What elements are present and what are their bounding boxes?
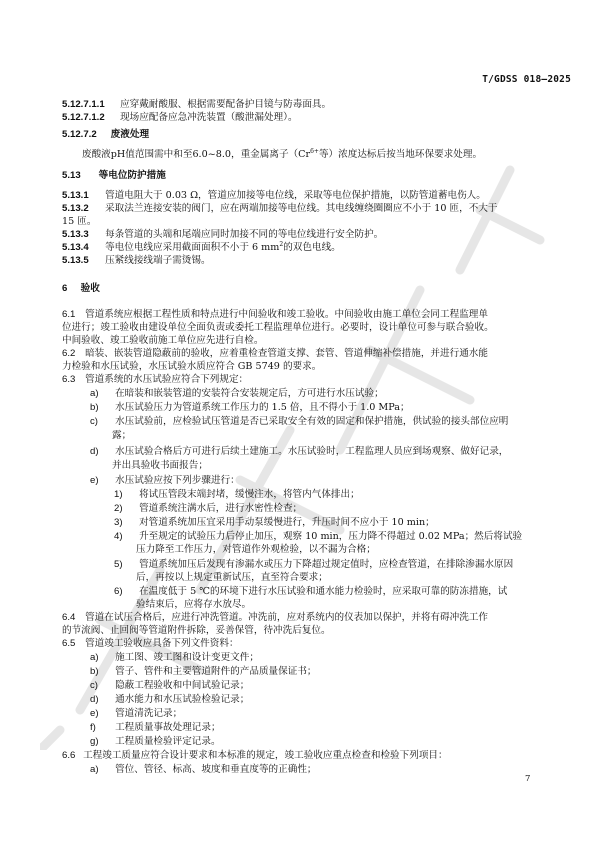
clause-text: 的双色电线。 <box>283 242 341 253</box>
clause-text: 每条管道的头端和尾端应同时加接不同的等电位线进行安全防护。 <box>105 229 383 240</box>
clause-text: 暗装、嵌装管道隐蔽前的验收，应着重检查管道支撑、套管、管道伸缩补偿措施，并进行通… <box>85 348 488 359</box>
list-item-6-5-e: e) 管道清洗记录； <box>90 708 182 720</box>
list-label: e) <box>90 475 112 487</box>
clause-5-13-5: 5.13.5 压紧线接线端子需烫锡。 <box>62 255 211 267</box>
clause-5-12-7-1-1: 5.12.7.1.1 应穿戴耐酸服、根据需要配备护目镜与防毒面具。 <box>62 99 331 111</box>
step-text: 管道系统注满水后，进行水密性检查； <box>139 503 302 514</box>
clause-number: 5.13.4 <box>62 242 102 254</box>
clause-number: 6.5 <box>62 638 82 650</box>
clause-text: 管道系统的水压试验应符合下列规定： <box>85 374 248 385</box>
clause-text: 工程竣工质量应符合设计要求和本标准的规定，竣工验收应重点检查和检验下列项目： <box>83 750 448 761</box>
clause-5-12-7-1-2: 5.12.7.1.2 现场应配备应急冲洗装置（酸泄漏处理）。 <box>62 112 298 124</box>
clause-6-2: 6.2 暗装、嵌装管道隐蔽前的验收，应着重检查管道支撑、套管、管道伸缩补偿措施，… <box>62 348 488 360</box>
clause-text: 管道系统应根据工程性质和特点进行中间验收和竣工验收。中间验收由施工单位会同工程监… <box>85 309 488 320</box>
step-label: 3) <box>114 517 136 529</box>
list-label: d) <box>90 446 112 458</box>
clause-5-13-4: 5.13.4 等电位电线应采用截面面积不小于 6 mm2的双色电线。 <box>62 242 341 254</box>
step-label: 4) <box>114 531 136 543</box>
step-label: 1) <box>114 489 136 501</box>
heading-number: 5.13 <box>62 170 96 182</box>
list-label: c) <box>90 680 112 692</box>
list-text: 管道清洗记录； <box>115 708 182 719</box>
list-text: 隐蔽工程验收和中间试验记录； <box>115 680 249 691</box>
step-label: 2) <box>114 503 136 515</box>
list-item-6-5-a: a) 施工图、竣工图和设计变更文件； <box>90 652 259 664</box>
step-6: 6) 在温度低于 5 ℃的环境下进行水压试验和通水能力检验时，应采取可靠的防冻措… <box>114 586 507 598</box>
list-item-6-6-a: a) 管位、管径、标高、坡度和垂直度等的正确性； <box>90 764 317 776</box>
list-label: a) <box>90 388 112 400</box>
page-number: 7 <box>525 774 530 784</box>
list-item-6-3-c-cont: 露； <box>112 430 131 442</box>
step-5-cont: 后，再按以上规定重新试压，直至符合要求； <box>136 572 328 584</box>
list-item-6-3-d-cont: 并出具验收书面报告； <box>112 460 208 472</box>
clause-5-13-3: 5.13.3 每条管道的头端和尾端应同时加接不同的等电位线进行安全防护。 <box>62 229 383 241</box>
clause-text: 管道电阻大于 0.03 Ω，管道应加接等电位线，采取等电位保护措施，以防管道蓄电… <box>105 190 486 201</box>
list-item-6-5-f: f) 工程质量事故处理记录； <box>90 722 221 734</box>
superscript: 6+ <box>310 148 319 155</box>
list-label: g) <box>90 736 112 748</box>
step-label: 6) <box>114 586 136 598</box>
clause-number: 5.12.7.1.1 <box>62 99 117 111</box>
document-page: T/GDSS 018—2025 5.12.7.1.1 应穿戴耐酸服、根据需要配备… <box>0 0 596 843</box>
clause-text: 现场应配备应急冲洗装置（酸泄漏处理）。 <box>120 112 297 123</box>
clause-text: 应穿戴耐酸服、根据需要配备护目镜与防毒面具。 <box>120 99 331 110</box>
heading-5-13: 5.13 等电位防护措施 <box>62 170 166 182</box>
clause-text: 管道竣工验收应具备下列文件资料： <box>85 638 239 649</box>
clause-5-13-1: 5.13.1 管道电阻大于 0.03 Ω，管道应加接等电位线，采取等电位保护措施… <box>62 190 486 202</box>
clause-5-13-2: 5.13.2 采取法兰连接安装的阀门，应在两端加接等电位线。其电线缠绕圈圈应不小… <box>62 203 498 215</box>
list-text: 管子、管件和主要管道附件的产品质量保证书； <box>115 666 316 677</box>
step-1: 1) 将试压管段末端封堵，缓慢注水，将管内气体排出； <box>114 489 360 501</box>
heading-title: 等电位防护措施 <box>99 170 166 181</box>
clause-text: 压紧线接线端子需烫锡。 <box>105 255 211 266</box>
clause-number: 5.13.3 <box>62 229 102 241</box>
clause-6-6: 6.6 工程竣工质量应符合设计要求和本标准的规定，竣工验收应重点检查和检验下列项… <box>62 750 448 762</box>
clause-number: 6.2 <box>62 348 82 360</box>
list-label: e) <box>90 708 112 720</box>
clause-6-4-line-2: 的节流阀、止回阀等管道附件拆除，妥善保管，待冲洗后复位。 <box>62 625 331 637</box>
clause-text: 管道在试压合格后，应进行冲洗管道。冲洗前，应对系统内的仪表加以保护，并将有碍冲洗… <box>85 612 488 623</box>
clause-6-5: 6.5 管道竣工验收应具备下列文件资料： <box>62 638 239 650</box>
step-4: 4) 升至规定的试验压力后停止加压，观察 10 min，压力降不得超过 0.02… <box>114 531 522 543</box>
list-text: 施工图、竣工图和设计变更文件； <box>115 652 259 663</box>
list-item-6-5-c: c) 隐蔽工程验收和中间试验记录； <box>90 680 249 692</box>
list-item-6-3-c: c) 水压试验前，应检验试压管道是否已采取安全有效的固定和保护措施，供试验的接头… <box>90 416 508 428</box>
list-label: a) <box>90 764 112 776</box>
clause-number: 6.1 <box>62 309 82 321</box>
step-label: 5) <box>114 559 136 571</box>
clause-6-3: 6.3 管道系统的水压试验应符合下列规定： <box>62 374 248 386</box>
list-item-6-5-d: d) 通水能力和水压试验检验记录； <box>90 694 249 706</box>
heading-number: 6 <box>62 283 78 295</box>
step-text: 升至规定的试验压力后停止加压，观察 10 min，压力降不得超过 0.02 MP… <box>139 531 522 542</box>
clause-number: 6.3 <box>62 374 82 386</box>
step-3: 3) 对管道系统加压宜采用手动泵缓慢进行，升压时间不应小于 10 min； <box>114 517 435 529</box>
step-text: 管道系统加压后发现有渗漏水或压力下降超过规定值时，应检查管道，在排除渗漏水原因 <box>139 559 513 570</box>
list-text: 通水能力和水压试验检验记录； <box>115 694 249 705</box>
list-item-6-5-g: g) 工程质量检验评定记录。 <box>90 736 221 748</box>
list-text: 水压试验前，应检验试压管道是否已采取安全有效的固定和保护措施，供试验的接头部位应… <box>115 416 508 427</box>
heading-title: 验收 <box>81 283 100 294</box>
step-4-cont: 压力降至工作压力，对管道作外观检验，以不漏为合格； <box>136 544 376 556</box>
heading-number: 5.12.7.2 <box>62 129 108 141</box>
list-item-6-5-b: b) 管子、管件和主要管道附件的产品质量保证书； <box>90 666 317 678</box>
paragraph-waste-acid: 废酸液pH值范围需中和至6.0~8.0，重金属离子（Cr6+等）浓度达标后按当地… <box>82 149 482 161</box>
list-item-6-3-a: a) 在暗装和嵌装管道的安装符合安装规定后，方可进行水压试验； <box>90 388 384 400</box>
list-label: b) <box>90 402 112 414</box>
clause-6-1-line-2: 位进行；竣工验收由建设单位全面负责或委托工程监理单位进行。必要时，设计单位可参与… <box>62 322 494 334</box>
list-label: a) <box>90 652 112 664</box>
clause-6-1-line-3: 中间验收、竣工验收前施工单位应先进行自检。 <box>62 335 263 347</box>
list-label: b) <box>90 666 112 678</box>
list-text: 管位、管径、标高、坡度和垂直度等的正确性； <box>115 764 316 775</box>
step-5: 5) 管道系统加压后发现有渗漏水或压力下降超过规定值时，应检查管道，在排除渗漏水… <box>114 559 513 571</box>
list-label: f) <box>90 722 112 734</box>
step-6-cont: 验结束后，应将存水放尽。 <box>136 599 251 611</box>
clause-number: 5.13.1 <box>62 190 102 202</box>
list-text: 水压试验合格后方可进行后续土建施工。水压试验时，工程监理人员应到场观察、做好记录… <box>115 446 508 457</box>
list-text: 工程质量事故处理记录； <box>115 722 221 733</box>
list-label: d) <box>90 694 112 706</box>
clause-number: 5.13.5 <box>62 255 102 267</box>
list-label: c) <box>90 416 112 428</box>
heading-5-12-7-2: 5.12.7.2 废液处理 <box>62 129 149 141</box>
list-item-6-3-b: b) 水压试验压力为管道系统工作压力的 1.5 倍，且不得小于 1.0 MPa； <box>90 402 410 414</box>
step-2: 2) 管道系统注满水后，进行水密性检查； <box>114 503 302 515</box>
clause-6-1: 6.1 管道系统应根据工程性质和特点进行中间验收和竣工验收。中间验收由施工单位会… <box>62 309 488 321</box>
clause-number: 5.13.2 <box>62 203 102 215</box>
clause-text: 采取法兰连接安装的阀门，应在两端加接等电位线。其电线缠绕圈圈应不小于 10 匝，… <box>105 203 497 214</box>
heading-6: 6 验收 <box>62 283 100 295</box>
step-text: 在温度低于 5 ℃的环境下进行水压试验和通水能力检验时，应采取可靠的防冻措施，试 <box>139 586 507 597</box>
clause-text: 等电位电线应采用截面面积不小于 6 mm <box>105 242 279 253</box>
clause-number: 6.4 <box>62 612 82 624</box>
heading-title: 废液处理 <box>111 129 149 140</box>
list-text: 工程质量检验评定记录。 <box>115 736 221 747</box>
clause-6-4: 6.4 管道在试压合格后，应进行冲洗管道。冲洗前，应对系统内的仪表加以保护，并将… <box>62 612 488 624</box>
step-text: 对管道系统加压宜采用手动泵缓慢进行，升压时间不应小于 10 min； <box>139 517 435 528</box>
list-item-6-3-d: d) 水压试验合格后方可进行后续土建施工。水压试验时，工程监理人员应到场观察、做… <box>90 446 508 458</box>
list-item-6-3-e: e) 水压试验应按下列步骤进行： <box>90 475 240 487</box>
list-text: 水压试验压力为管道系统工作压力的 1.5 倍，且不得小于 1.0 MPa； <box>115 402 410 413</box>
list-text: 在暗装和嵌装管道的安装符合安装规定后，方可进行水压试验； <box>115 388 384 399</box>
clause-6-2-line-2: 力检验和水压试验，水压试验水质应符合 GB 5749 的要求。 <box>62 361 321 373</box>
clause-number: 6.6 <box>62 750 80 762</box>
paragraph-text: 等）浓度达标后按当地环保要求处理。 <box>319 149 482 160</box>
document-code: T/GDSS 018—2025 <box>482 74 571 85</box>
list-text: 水压试验应按下列步骤进行： <box>115 475 240 486</box>
clause-number: 5.12.7.1.2 <box>62 112 117 124</box>
clause-5-13-2-cont: 15 匝。 <box>62 216 96 228</box>
step-text: 将试压管段末端封堵，缓慢注水，将管内气体排出； <box>139 489 360 500</box>
paragraph-text: 废酸液pH值范围需中和至6.0~8.0，重金属离子（Cr <box>82 149 310 160</box>
